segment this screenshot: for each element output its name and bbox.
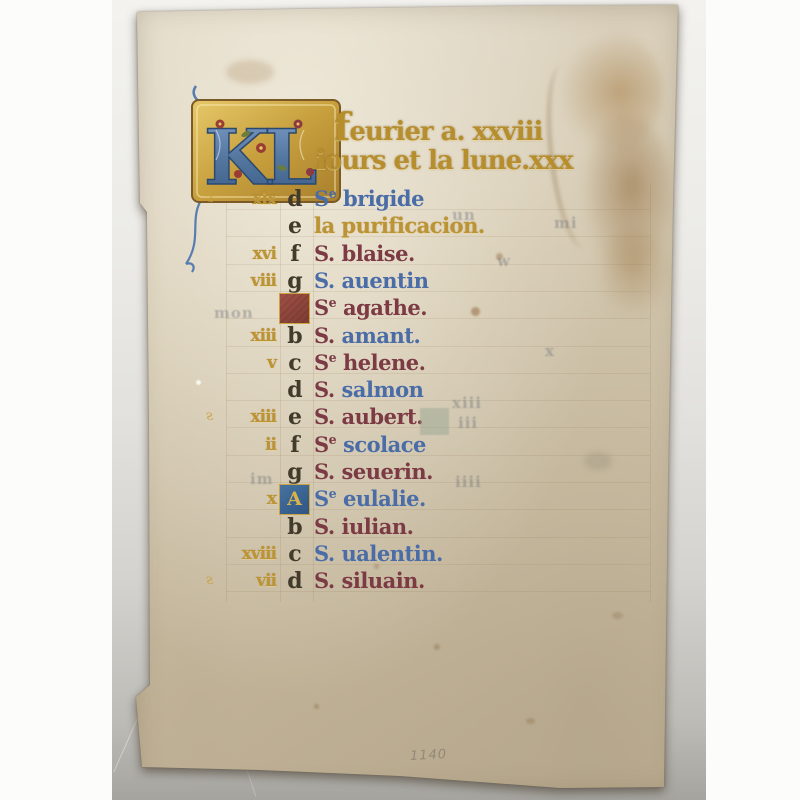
feast-name: S. auentin <box>314 268 429 293</box>
dominical-letter: g <box>281 459 309 485</box>
stain <box>496 253 503 260</box>
feast-name: S. ualentin. <box>314 541 443 566</box>
feast-name-part: S <box>314 432 329 457</box>
dominical-letter: f <box>281 432 309 458</box>
stain <box>582 114 672 274</box>
ghost-text: mi <box>554 214 578 232</box>
golden-number: xvi <box>214 244 276 264</box>
feast-name-part: e <box>329 350 337 365</box>
ruling-line <box>226 291 650 292</box>
feast-name: S. blaise. <box>314 241 415 266</box>
golden-number: xiii <box>214 326 276 346</box>
stain <box>539 62 608 251</box>
dominical-letter: d <box>281 568 309 594</box>
dominical-letter: c <box>281 541 309 567</box>
ghost-text: xiii <box>452 394 482 412</box>
golden-number: ii <box>214 435 276 455</box>
dominical-letter: d <box>281 186 309 212</box>
ghost-initial-square <box>420 408 449 435</box>
feast-name-part: amant. <box>335 323 421 348</box>
svg-text:KL: KL <box>204 113 316 202</box>
feast-name: Se scolace <box>314 432 426 457</box>
golden-number: v <box>214 353 276 373</box>
stain <box>374 564 379 569</box>
feast-name-part: S. siluain. <box>314 568 425 593</box>
dominical-letter: f <box>281 241 309 267</box>
stain <box>434 644 440 650</box>
ghost-text: w <box>497 252 511 270</box>
ruling-line <box>226 482 650 483</box>
feast-name: Se eulalie. <box>314 486 426 511</box>
ruling-line <box>226 209 650 210</box>
dominical-letter: b <box>281 323 309 349</box>
feast-name-part: scolace <box>336 432 426 457</box>
feast-name-part: S. aubert. <box>314 404 423 429</box>
feast-name: Se helene. <box>314 350 425 375</box>
feast-name-part: S. seuerin. <box>314 459 433 484</box>
feast-name-part: eulalie. <box>336 486 426 511</box>
feast-name-part: S. auentin <box>314 268 429 293</box>
photo-canvas: KL feurier a. xxviii iours et la lune.xx… <box>0 0 800 800</box>
ruling-line <box>226 509 650 510</box>
dominical-letter: e <box>281 404 309 430</box>
feast-name: S. aubert. <box>314 404 423 429</box>
feast-name-part: S. blaise. <box>314 241 415 266</box>
feast-name-part: helene. <box>336 350 425 375</box>
feast-name-part: e <box>329 186 337 201</box>
feast-name-part: S <box>314 295 329 320</box>
feast-name-part: S. <box>314 323 335 348</box>
header-line-1: feurier a. xxviii <box>334 104 542 149</box>
ruling-line <box>226 537 650 538</box>
feast-name: la purificacion. <box>314 213 485 238</box>
ghost-text: un <box>452 206 476 224</box>
feast-name: S. iulian. <box>314 514 413 539</box>
feast-name-part: S <box>314 486 329 511</box>
stain <box>612 612 623 619</box>
ruling-line <box>226 400 650 401</box>
feast-name: Se agathe. <box>314 295 427 320</box>
stain <box>596 229 672 319</box>
golden-number: xiii <box>214 407 276 427</box>
dominical-letter: g <box>281 268 309 294</box>
dominical-letter: b <box>281 514 309 540</box>
golden-number: xix <box>214 189 276 209</box>
dominical-letter: e <box>281 213 309 239</box>
ruling-line <box>226 184 227 602</box>
feast-name: S. amant. <box>314 323 420 348</box>
feast-name-part: S <box>314 350 329 375</box>
ruling-line <box>226 427 650 428</box>
feast-name: Se brigide <box>314 186 424 211</box>
feast-name-part: e <box>329 295 337 310</box>
dominical-letter: d <box>281 377 309 403</box>
stain <box>314 704 319 709</box>
golden-number: x <box>214 489 276 509</box>
stain <box>584 452 612 470</box>
ghost-text: iii <box>458 414 478 432</box>
feast-name-part: salmon <box>335 377 424 402</box>
golden-number: viii <box>214 271 276 291</box>
ruling-line <box>650 184 651 602</box>
feast-name-part: e <box>329 432 337 447</box>
feast-name-part: brigide <box>336 186 424 211</box>
feast-name-part: S <box>314 186 329 211</box>
golden-number: vii <box>214 571 276 591</box>
feast-name-part: e <box>329 486 337 501</box>
ruling-line <box>226 564 650 565</box>
feast-name-part: S. <box>314 377 335 402</box>
feast-name-part: S. ualentin. <box>314 541 443 566</box>
ruling-line <box>226 264 650 265</box>
feast-name: S. salmon <box>314 377 423 402</box>
manuscript-leaf-wrapper: KL feurier a. xxviii iours et la lune.xx… <box>134 4 682 796</box>
feast-name-part: la purificacion. <box>314 213 485 238</box>
dominical-letter: c <box>281 350 309 376</box>
ruling-line <box>226 318 650 319</box>
feast-name-part: agathe. <box>336 295 427 320</box>
illuminated-initial-kl: KL <box>186 90 356 280</box>
pencil-inventory-number: 1140 <box>410 747 448 764</box>
golden-number: xviii <box>214 544 276 564</box>
gold-spray-flourish: s <box>206 190 213 206</box>
feast-name: S. seuerin. <box>314 459 433 484</box>
ruling-line <box>226 591 650 592</box>
feast-name: S. siluain. <box>314 568 425 593</box>
ghost-text: x <box>545 342 555 360</box>
ghost-text: mon <box>214 304 254 322</box>
manuscript-leaf: KL feurier a. xxviii iours et la lune.xx… <box>134 4 682 796</box>
stain <box>526 718 535 724</box>
feast-name-part: S. iulian. <box>314 514 413 539</box>
ruling-line <box>226 373 650 374</box>
ruling-line <box>226 236 650 237</box>
ruling-line <box>226 346 650 347</box>
stain <box>471 307 480 316</box>
ruling-line <box>280 184 281 602</box>
ruling-line <box>226 455 650 456</box>
stain <box>226 60 274 84</box>
stain <box>558 30 662 154</box>
blue-initial-square: A <box>279 484 310 515</box>
ghost-text: iiii <box>455 473 482 491</box>
gold-spray-flourish: s <box>206 408 213 424</box>
gold-spray-flourish: s <box>206 572 213 588</box>
white-speck <box>196 380 201 385</box>
ghost-text: im <box>250 470 274 488</box>
header-line-2: iours et la lune.xxx <box>316 146 573 176</box>
red-initial-square <box>279 293 310 324</box>
ruling-line <box>313 184 314 602</box>
